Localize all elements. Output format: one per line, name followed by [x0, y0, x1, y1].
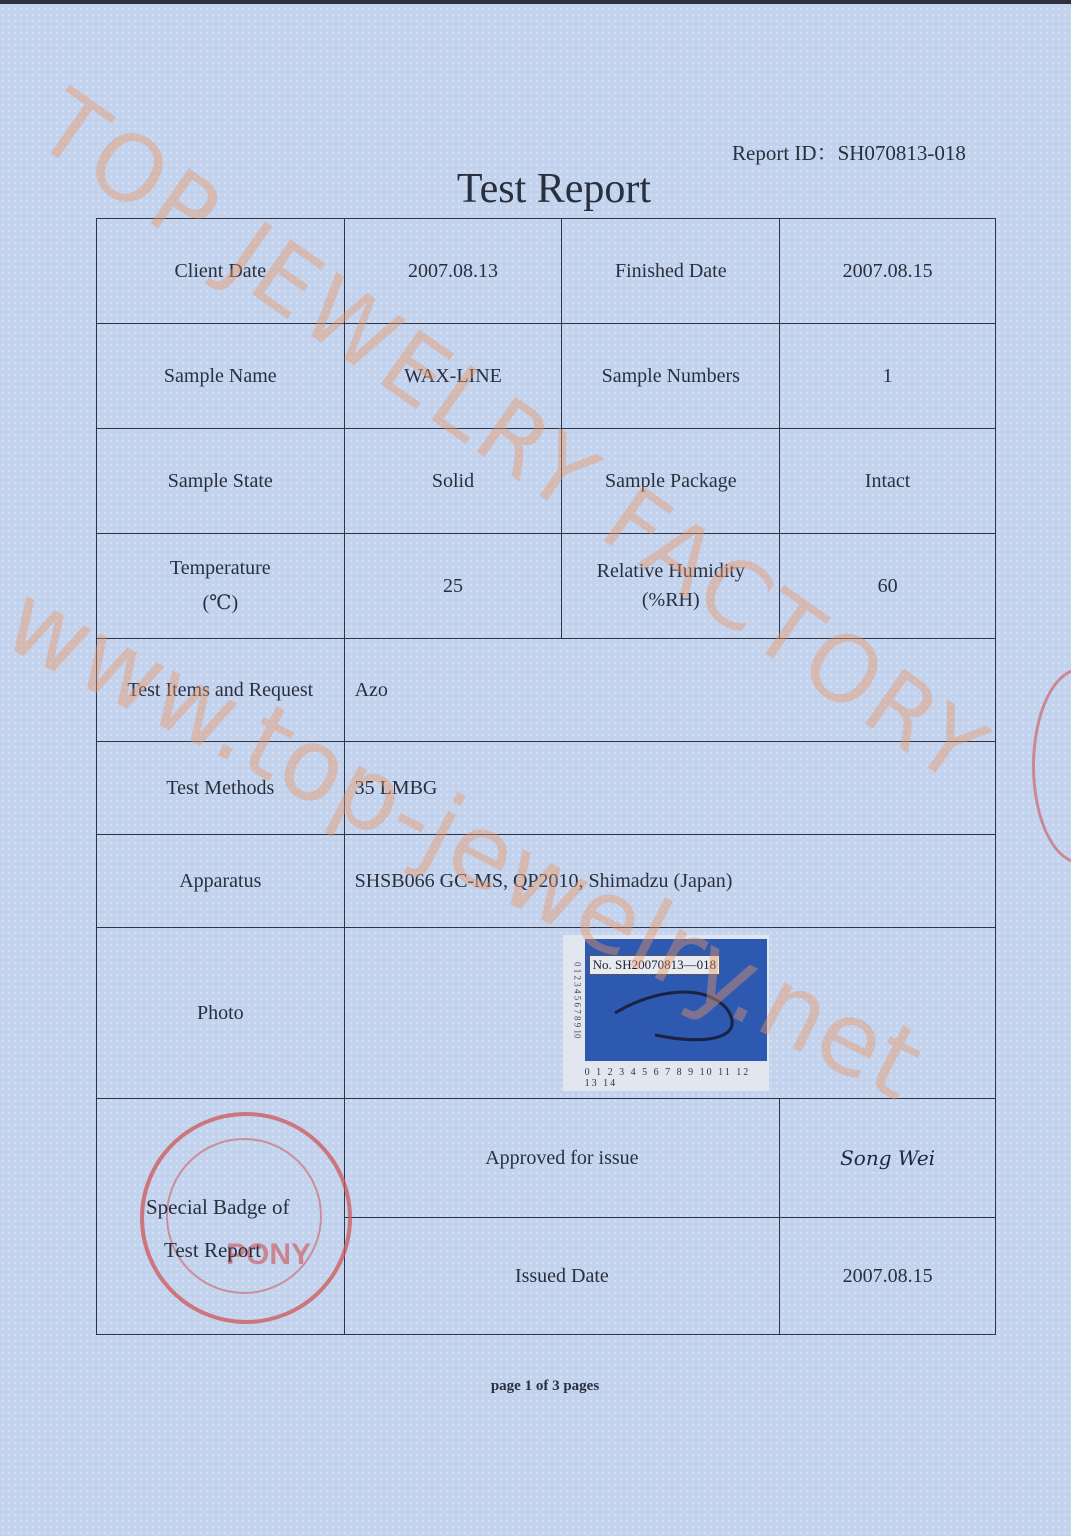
sample-photo: 0 1 2 3 4 5 6 7 8 9 10 No. SH20070813—01… — [563, 935, 769, 1091]
issued-date-label: Issued Date — [344, 1218, 780, 1335]
sample-numbers-value: 1 — [780, 324, 996, 429]
client-date-value: 2007.08.13 — [344, 219, 562, 324]
sample-numbers-label: Sample Numbers — [562, 324, 780, 429]
temperature-label: Temperature(℃) — [97, 534, 345, 639]
sample-state-label: Sample State — [97, 429, 345, 534]
client-date-label: Client Date — [97, 219, 345, 324]
humidity-label: Relative Humidity(%RH) — [562, 534, 780, 639]
sample-package-label: Sample Package — [562, 429, 780, 534]
temperature-value: 25 — [344, 534, 562, 639]
table-row: Sample Name WAX-LINE Sample Numbers 1 — [97, 324, 996, 429]
issued-date-value: 2007.08.15 — [780, 1218, 996, 1335]
sample-name-value: WAX-LINE — [344, 324, 562, 429]
approved-signature: Song Wei — [780, 1099, 996, 1218]
test-items-label: Test Items and Request — [97, 639, 345, 742]
finished-date-label: Finished Date — [562, 219, 780, 324]
report-id: Report ID：SH070813-018 — [732, 137, 966, 167]
test-methods-label: Test Methods — [97, 742, 345, 835]
page-number: page 1 of 3 pages — [0, 1378, 1071, 1395]
table-row: Test Items and Request Azo — [97, 639, 996, 742]
page-title: Test Report — [0, 165, 1071, 213]
badge-label: Special Badge of Test Report — [146, 1186, 289, 1272]
finished-date-value: 2007.08.15 — [780, 219, 996, 324]
test-methods-value: 35 LMBG — [344, 742, 995, 835]
scan-edge — [0, 0, 1071, 4]
table-row: Photo 0 1 2 3 4 5 6 7 8 9 10 No. SH20070… — [97, 928, 996, 1099]
apparatus-value: SHSB066 GC-MS, QP2010, Shimadzu (Japan) — [344, 835, 995, 928]
photo-sample-tag: No. SH20070813—018 — [589, 955, 721, 975]
sample-name-label: Sample Name — [97, 324, 345, 429]
test-items-value: Azo — [344, 639, 995, 742]
photo-label: Photo — [97, 928, 345, 1099]
table-row: Test Methods 35 LMBG — [97, 742, 996, 835]
table-row: Temperature(℃) 25 Relative Humidity(%RH)… — [97, 534, 996, 639]
table-row: Client Date 2007.08.13 Finished Date 200… — [97, 219, 996, 324]
photo-ruler-horizontal: 0 1 2 3 4 5 6 7 8 9 10 11 12 13 14 — [585, 1067, 769, 1089]
sample-state-value: Solid — [344, 429, 562, 534]
sample-package-value: Intact — [780, 429, 996, 534]
apparatus-label: Apparatus — [97, 835, 345, 928]
table-row: Sample State Solid Sample Package Intact — [97, 429, 996, 534]
photo-ruler-vertical: 0 1 2 3 4 5 6 7 8 9 10 — [565, 939, 583, 1061]
table-row: Apparatus SHSB066 GC-MS, QP2010, Shimadz… — [97, 835, 996, 928]
approved-label: Approved for issue — [344, 1099, 780, 1218]
humidity-value: 60 — [780, 534, 996, 639]
